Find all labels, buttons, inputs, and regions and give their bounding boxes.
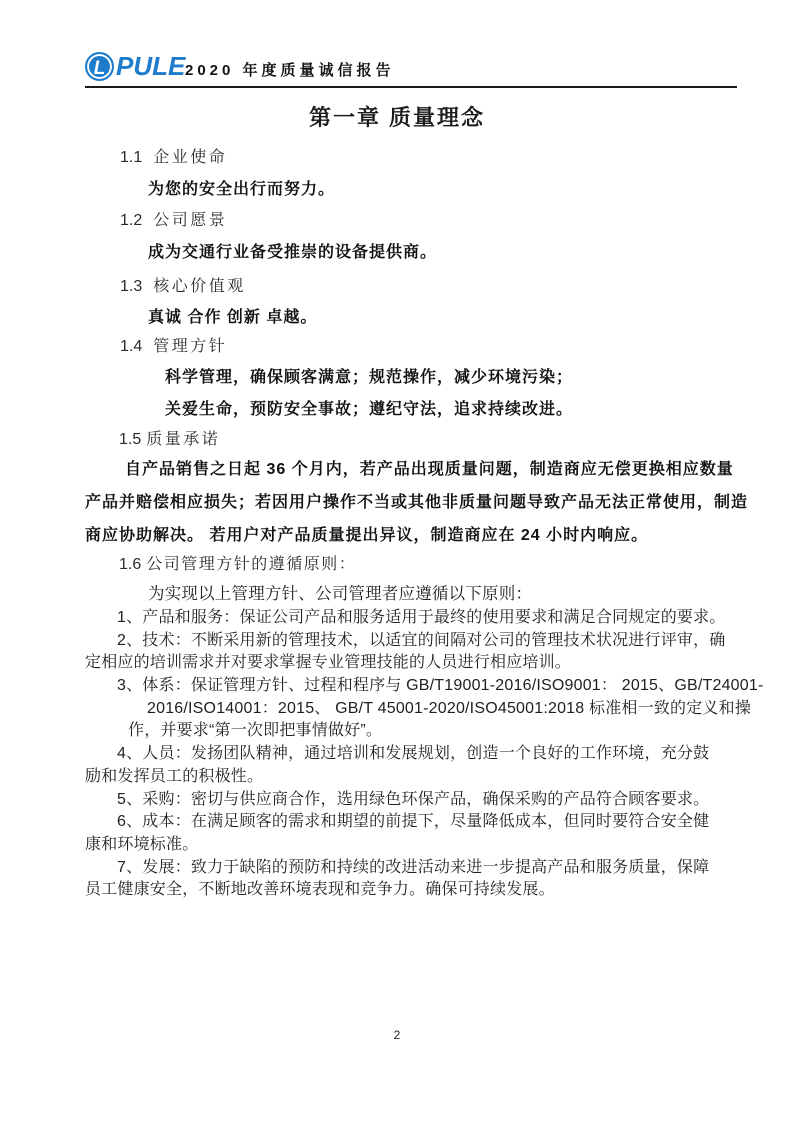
section-heading-1-2: 1.2公司愿景 bbox=[120, 210, 227, 231]
principle-line: 1、产品和服务：保证公司产品和服务适用于最终的使用要求和满足合同规定的要求。 bbox=[117, 607, 726, 628]
section-heading-text: 管理方针 bbox=[153, 338, 227, 355]
principle-line: 5、采购：密切与供应商合作，选用绿色环保产品，确保采购的产品符合顾客要求。 bbox=[117, 789, 709, 810]
logo-letter: L bbox=[94, 58, 106, 79]
mission-statement: 为您的安全出行而努力。 bbox=[148, 179, 335, 200]
section-heading-1-5: 1.5质量承诺 bbox=[119, 429, 220, 450]
section-heading-1-1: 1.1企业使命 bbox=[120, 147, 227, 168]
principle-line: 定相应的培训需求并对要求掌握专业管理技能的人员进行相应培训。 bbox=[85, 652, 571, 673]
principle-line: 4、人员：发扬团队精神，通过培训和发展规划，创造一个良好的工作环境，充分鼓 bbox=[117, 743, 709, 764]
section-heading-1-6: 1.6公司管理方针的遵循原则： bbox=[119, 554, 356, 575]
commitment-paragraph-line: 商应协助解决。 若用户对产品质量提出异议，制造商应在 24 小时内响应。 bbox=[85, 525, 648, 546]
section-heading-text: 企业使命 bbox=[153, 149, 227, 166]
principle-line: 6、成本：在满足顾客的需求和期望的前提下，尽量降低成本，但同时要符合安全健 bbox=[117, 811, 709, 832]
page-number: 2 bbox=[0, 1028, 794, 1042]
section-heading-1-3: 1.3核心价值观 bbox=[120, 276, 246, 297]
principle-line: 作，并要求“第一次即把事情做好”。 bbox=[128, 720, 382, 741]
section-number: 1.3 bbox=[120, 278, 142, 295]
principle-line: 员工健康安全，不断地改善环境表现和竞争力。确保可持续发展。 bbox=[85, 879, 555, 900]
logo-circle-icon: L bbox=[85, 52, 114, 81]
principle-line: 康和环境标准。 bbox=[85, 834, 198, 855]
chapter-title: 第一章 质量理念 bbox=[0, 101, 794, 132]
section-heading-text: 公司管理方针的遵循原则： bbox=[146, 556, 356, 573]
principle-line: 7、发展：致力于缺陷的预防和持续的改进活动来进一步提高产品和服务质量，保障 bbox=[117, 857, 709, 878]
section-number: 1.6 bbox=[119, 556, 141, 573]
principle-line: 励和发挥员工的积极性。 bbox=[85, 766, 263, 787]
section-number: 1.4 bbox=[120, 338, 142, 355]
commitment-paragraph-line: 产品并赔偿相应损失；若因用户操作不当或其他非质量问题导致产品无法正常使用，制造 bbox=[85, 492, 748, 513]
logo-wordmark: PULE bbox=[116, 51, 185, 82]
section-heading-text: 质量承诺 bbox=[146, 431, 220, 448]
company-logo: L PULE bbox=[85, 51, 185, 82]
commitment-paragraph-line: 自产品销售之日起 36 个月内，若产品出现质量问题，制造商应无偿更换相应数量 bbox=[125, 459, 734, 480]
policy-statement-line: 关爱生命，预防安全事故；遵纪守法，追求持续改进。 bbox=[165, 399, 573, 420]
vision-statement: 成为交通行业备受推崇的设备提供商。 bbox=[148, 242, 437, 263]
section-number: 1.2 bbox=[120, 212, 142, 229]
section-heading-text: 公司愿景 bbox=[153, 212, 227, 229]
page-header: L PULE 2020 年度质量诚信报告 bbox=[85, 48, 737, 88]
principle-line: 3、体系：保证管理方针、过程和程序与 GB/T19001-2016/ISO900… bbox=[117, 675, 764, 696]
document-page: L PULE 2020 年度质量诚信报告 第一章 质量理念 1.1企业使命 为您… bbox=[0, 0, 794, 1123]
values-statement: 真诚 合作 创新 卓越。 bbox=[148, 307, 317, 328]
principle-line: 2016/ISO14001：2015、 GB/T 45001-2020/ISO4… bbox=[147, 698, 751, 719]
policy-statement-line: 科学管理，确保顾客满意；规范操作，减少环境污染； bbox=[165, 367, 573, 388]
section-heading-text: 核心价值观 bbox=[153, 278, 246, 295]
section-number: 1.5 bbox=[119, 431, 141, 448]
principle-line: 2、技术：不断采用新的管理技术，以适宜的间隔对公司的管理技术状况进行评审，确 bbox=[117, 630, 726, 651]
principles-intro: 为实现以上管理方针、公司管理者应遵循以下原则： bbox=[148, 584, 532, 605]
section-number: 1.1 bbox=[120, 149, 142, 166]
report-title: 2020 年度质量诚信报告 bbox=[185, 59, 395, 80]
section-heading-1-4: 1.4管理方针 bbox=[120, 336, 227, 357]
